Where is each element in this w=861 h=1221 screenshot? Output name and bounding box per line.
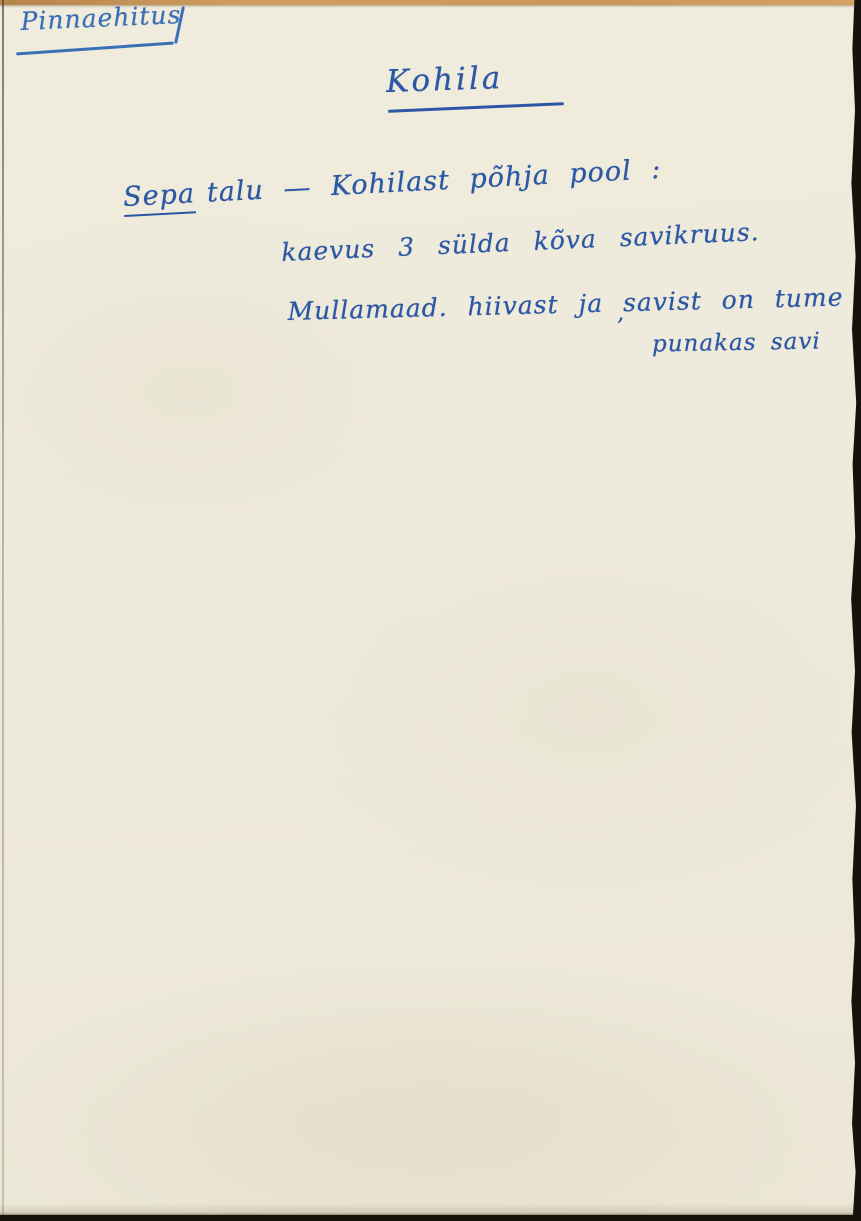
handwritten-line-4: punakas savi [652,329,821,358]
handwritten-line-3: Mullamaad. hiivast ja savist on tume [287,282,844,326]
scanned-document-page: Pinnaehitus Kohila Sepatalu — Kohilast p… [0,0,861,1221]
page-title-underline [388,102,564,113]
corner-annotation: Pinnaehitus [20,0,182,36]
farm-name-underlined: Sepa [122,178,196,217]
handwritten-line-1: Sepatalu — Kohilast põhja pool : [122,154,662,213]
scan-edge-bottom [0,1213,861,1221]
word-gap [195,202,207,203]
handwritten-line-2: kaevus 3 sülda kõva savikruus. [281,217,760,267]
insertion-mark: ʼ [616,315,624,340]
scan-edge-left [2,0,4,1221]
handwritten-line-1-rest: talu — Kohilast põhja pool : [206,154,662,209]
scan-edge-right-torn [849,0,861,1221]
page-title: Kohila [385,60,503,100]
scan-shadow-bottom [0,1203,861,1213]
corner-annotation-underline [16,41,174,55]
